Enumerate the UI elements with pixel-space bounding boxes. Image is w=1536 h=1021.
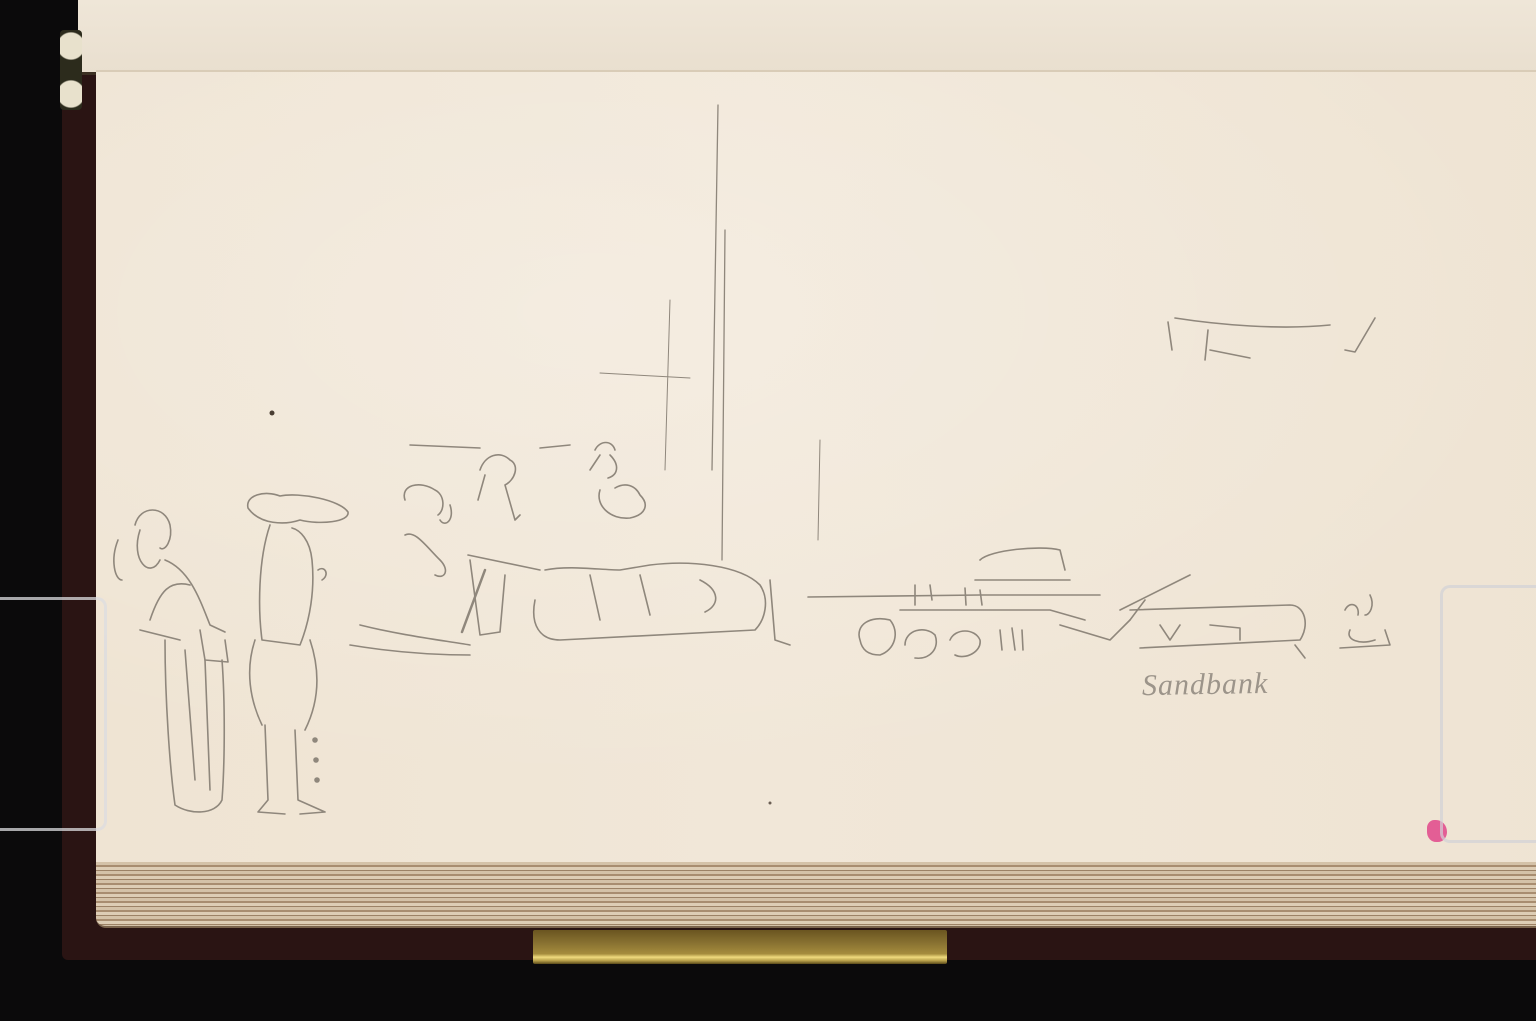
- seated-figures: [410, 443, 645, 521]
- boat-group-right: [808, 548, 1390, 658]
- upper-right-boat: [1168, 318, 1375, 360]
- pencil-sketch: [0, 0, 1536, 1021]
- woman-figure: [114, 510, 228, 812]
- wire-page-holder-right: [1440, 585, 1536, 843]
- man-figure: [248, 493, 348, 814]
- wire-page-holder-left: [0, 597, 107, 831]
- boat-group-left: [350, 485, 790, 655]
- sketchbook-photo: Sandbank: [0, 0, 1536, 1021]
- handwritten-annotation: Sandbank: [1142, 667, 1269, 703]
